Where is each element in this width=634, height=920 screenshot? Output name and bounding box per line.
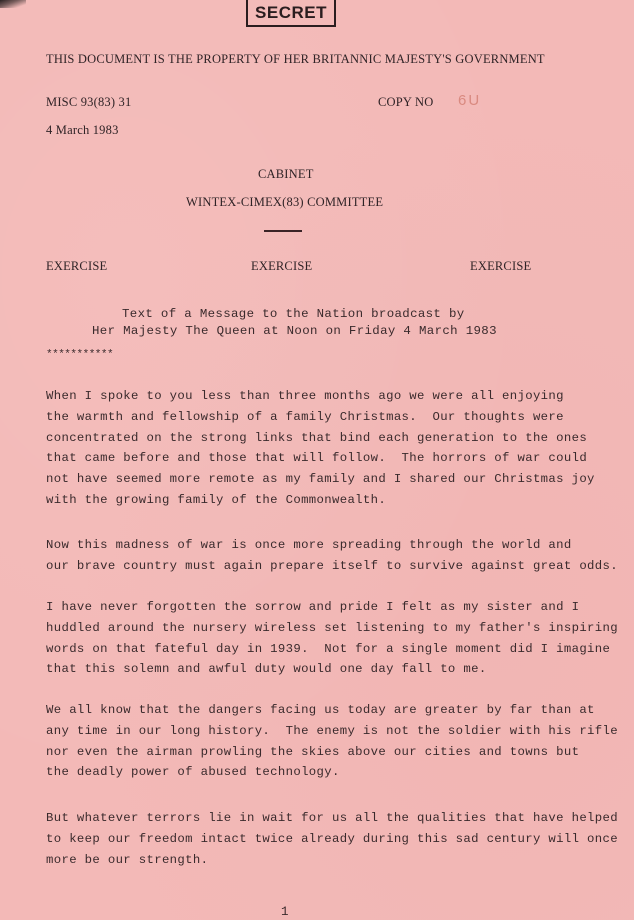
ownership-notice: THIS DOCUMENT IS THE PROPERTY OF HER BRI… [46,52,545,67]
copy-no-value: 6U [458,92,481,109]
paragraph-3: I have never forgotten the sorrow and pr… [46,597,618,680]
message-heading-line-2: Her Majesty The Queen at Noon on Friday … [92,324,497,338]
paragraph-line: that came before and those that will fol… [46,448,595,469]
heading-divider [264,230,302,232]
paragraph-line: But whatever terrors lie in wait for us … [46,808,618,829]
paragraph-line: Now this madness of war is once more spr… [46,535,618,556]
paragraph-line: not have seemed more remote as my family… [46,469,595,490]
copy-no-label: COPY NO [378,95,433,110]
exercise-label-right: EXERCISE [470,259,531,274]
body-title: CABINET [258,167,314,182]
paragraph-line: any time in our long history. The enemy … [46,721,618,742]
paragraph-line: words on that fateful day in 1939. Not f… [46,639,618,660]
committee-name: WINTEX-CIMEX(83) COMMITTEE [186,195,383,210]
paragraph-line: to keep our freedom intact twice already… [46,829,618,850]
paragraph-line: huddled around the nursery wireless set … [46,618,618,639]
paragraph-line: When I spoke to you less than three mont… [46,386,595,407]
paragraph-2: Now this madness of war is once more spr… [46,535,618,577]
paragraph-line: that this solemn and awful duty would on… [46,659,618,680]
classification-stamp: SECRET [246,0,336,27]
paragraph-5: But whatever terrors lie in wait for us … [46,808,618,870]
paragraph-1: When I spoke to you less than three mont… [46,386,595,511]
exercise-label-left: EXERCISE [46,259,107,274]
scan-corner-shadow [0,0,26,8]
paragraph-line: We all know that the dangers facing us t… [46,700,618,721]
paragraph-line: concentrated on the strong links that bi… [46,428,595,449]
paragraph-line: more be our strength. [46,850,618,871]
paragraph-line: the warmth and fellowship of a family Ch… [46,407,595,428]
paragraph-line: I have never forgotten the sorrow and pr… [46,597,618,618]
paragraph-line: the deadly power of abused technology. [46,762,618,783]
document-page: SECRET THIS DOCUMENT IS THE PROPERTY OF … [0,0,634,920]
paragraph-line: our brave country must again prepare its… [46,556,618,577]
document-date: 4 March 1983 [46,123,119,138]
document-reference: MISC 93(83) 31 [46,95,131,110]
message-heading-line-1: Text of a Message to the Nation broadcas… [122,307,465,321]
separator-asterisks: *********** [46,349,113,361]
paragraph-line: with the growing family of the Commonwea… [46,490,595,511]
page-number: 1 [281,905,289,919]
exercise-label-center: EXERCISE [251,259,312,274]
classification-label: SECRET [255,3,327,23]
paragraph-line: nor even the airman prowling the skies a… [46,742,618,763]
paragraph-4: We all know that the dangers facing us t… [46,700,618,783]
